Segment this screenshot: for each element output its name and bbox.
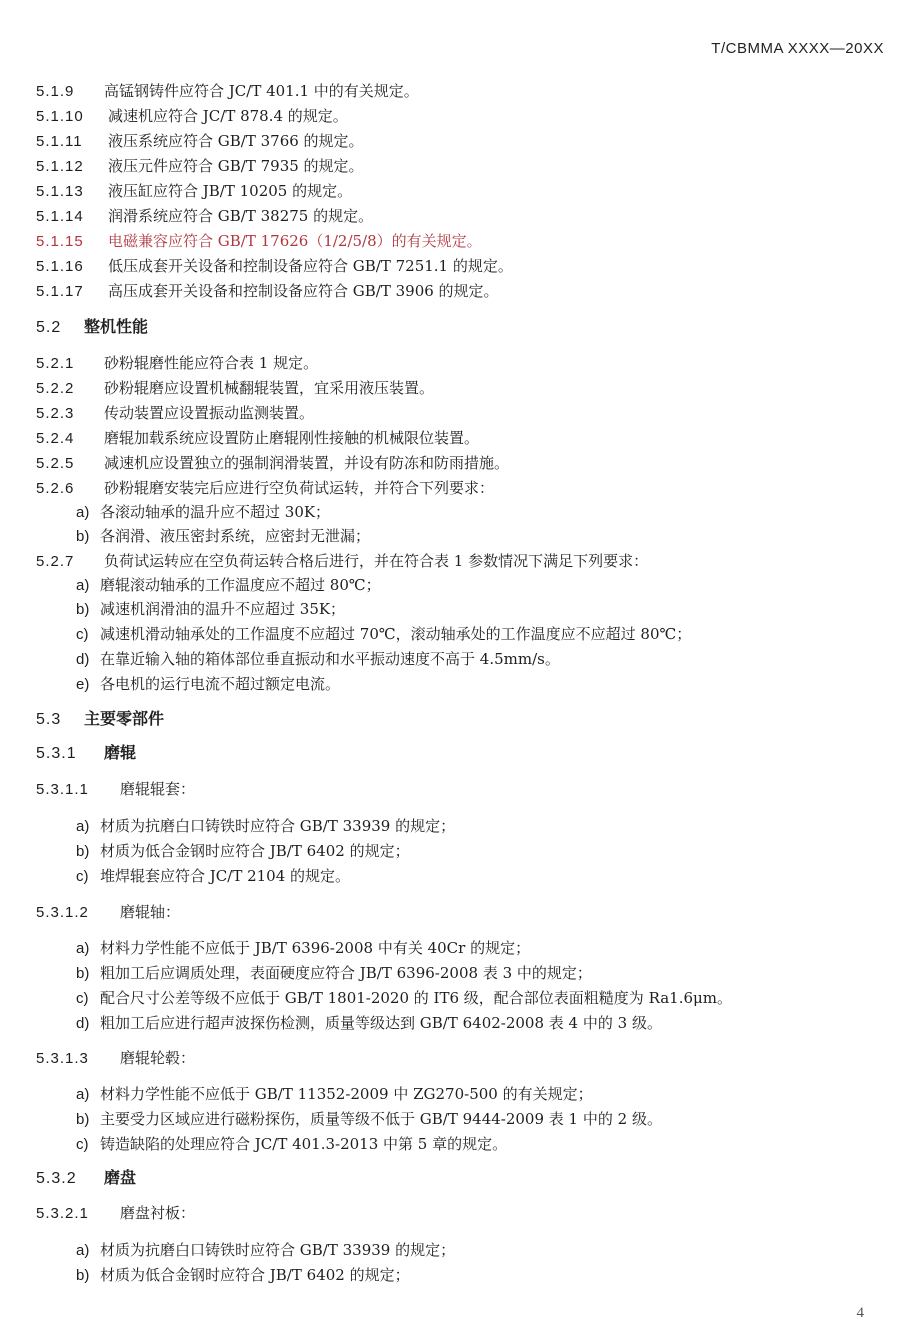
- list-item-5-2-7-a: a)磨辊滚动轴承的工作温度应不超过 80℃；: [76, 574, 381, 597]
- clause-5-2-3: 5.2.3传动装置应设置振动监测装置。: [36, 402, 314, 425]
- document-header-code: T/CBMMA XXXX—20XX: [711, 40, 884, 57]
- list-item-5-2-7-b: b)减速机润滑油的温升不应超过 35K；: [76, 598, 345, 621]
- list-item-5-2-6-a: a)各滚动轴承的温升应不超过 30K；: [76, 501, 330, 524]
- clause-5-2-5: 5.2.5减速机应设置独立的强制润滑装置，并设有防冻和防雨措施。: [36, 452, 509, 475]
- clause-5-1-16: 5.1.16低压成套开关设备和控制设备应符合 GB/T 7251.1 的规定。: [36, 255, 513, 278]
- section-heading-5-3: 5.3主要零部件: [36, 708, 164, 731]
- list-item-5-2-7-d: d)在靠近输入轴的箱体部位垂直振动和水平振动速度不高于 4.5mm/s。: [76, 648, 560, 671]
- clause-5-2-1: 5.2.1砂粉辊磨性能应符合表 1 规定。: [36, 352, 318, 375]
- clause-5-3-1-1: 5.3.1.1磨辊辊套：: [36, 778, 195, 801]
- list-item-5-3-1-3-b: b)主要受力区域应进行磁粉探伤，质量等级不低于 GB/T 9444-2009 表…: [76, 1108, 662, 1131]
- list-item-5-2-7-e: e)各电机的运行电流不超过额定电流。: [76, 673, 340, 696]
- list-item-5-3-1-3-a: a)材料力学性能不应低于 GB/T 11352-2009 中 ZG270-500…: [76, 1083, 593, 1106]
- clause-5-2-2: 5.2.2砂粉辊磨应设置机械翻辊装置，宜采用液压装置。: [36, 377, 434, 400]
- list-item-5-3-1-1-b: b)材质为低合金钢时应符合 JB/T 6402 的规定；: [76, 840, 410, 863]
- list-item-5-2-6-b: b)各润滑、液压密封系统，应密封无泄漏；: [76, 525, 370, 548]
- clause-5-3-2-1: 5.3.2.1磨盘衬板：: [36, 1202, 195, 1225]
- clause-5-1-14: 5.1.14润滑系统应符合 GB/T 38275 的规定。: [36, 205, 373, 228]
- clause-5-1-17: 5.1.17高压成套开关设备和控制设备应符合 GB/T 3906 的规定。: [36, 280, 499, 303]
- list-item-5-3-2-1-b: b)材质为低合金钢时应符合 JB/T 6402 的规定；: [76, 1264, 410, 1287]
- clause-5-1-11: 5.1.11液压系统应符合 GB/T 3766 的规定。: [36, 130, 364, 153]
- list-item-5-2-7-c: c)减速机滑动轴承处的工作温度不应超过 70℃，滚动轴承处的工作温度应不应超过 …: [76, 623, 691, 646]
- clause-5-3-1-3: 5.3.1.3磨辊轮毂：: [36, 1047, 195, 1070]
- clause-5-1-10: 5.1.10减速机应符合 JC/T 878.4 的规定。: [36, 105, 348, 128]
- section-heading-5-2: 5.2整机性能: [36, 316, 148, 339]
- clause-5-1-15-highlighted: 5.1.15电磁兼容应符合 GB/T 17626（1/2/5/8）的有关规定。: [36, 230, 482, 253]
- clause-5-1-9: 5.1.9高锰钢铸件应符合 JC/T 401.1 中的有关规定。: [36, 80, 419, 103]
- list-item-5-3-1-2-b: b)粗加工后应调质处理，表面硬度应符合 JB/T 6396-2008 表 3 中…: [76, 962, 592, 985]
- clause-5-2-7: 5.2.7负荷试运转应在空负荷运转合格后进行，并在符合表 1 参数情况下满足下列…: [36, 550, 648, 573]
- list-item-5-3-1-1-a: a)材质为抗磨白口铸铁时应符合 GB/T 33939 的规定；: [76, 815, 455, 838]
- page-number: 4: [857, 1305, 865, 1322]
- clause-5-2-6: 5.2.6砂粉辊磨安装完后应进行空负荷试运转，并符合下列要求：: [36, 477, 494, 500]
- clause-5-1-13: 5.1.13液压缸应符合 JB/T 10205 的规定。: [36, 180, 352, 203]
- clause-5-2-4: 5.2.4磨辊加载系统应设置防止磨辊刚性接触的机械限位装置。: [36, 427, 479, 450]
- section-heading-5-3-1: 5.3.1磨辊: [36, 742, 136, 765]
- list-item-5-3-2-1-a: a)材质为抗磨白口铸铁时应符合 GB/T 33939 的规定；: [76, 1239, 455, 1262]
- list-item-5-3-1-3-c: c)铸造缺陷的处理应符合 JC/T 401.3-2013 中第 5 章的规定。: [76, 1133, 507, 1156]
- clause-5-3-1-2: 5.3.1.2磨辊轴：: [36, 901, 180, 924]
- section-heading-5-3-2: 5.3.2磨盘: [36, 1167, 136, 1190]
- list-item-5-3-1-1-c: c)堆焊辊套应符合 JC/T 2104 的规定。: [76, 865, 350, 888]
- list-item-5-3-1-2-d: d)粗加工后应进行超声波探伤检测，质量等级达到 GB/T 6402-2008 表…: [76, 1012, 662, 1035]
- list-item-5-3-1-2-a: a)材料力学性能不应低于 JB/T 6396-2008 中有关 40Cr 的规定…: [76, 937, 530, 960]
- list-item-5-3-1-2-c: c)配合尺寸公差等级不应低于 GB/T 1801-2020 的 IT6 级，配合…: [76, 987, 732, 1010]
- clause-5-1-12: 5.1.12液压元件应符合 GB/T 7935 的规定。: [36, 155, 364, 178]
